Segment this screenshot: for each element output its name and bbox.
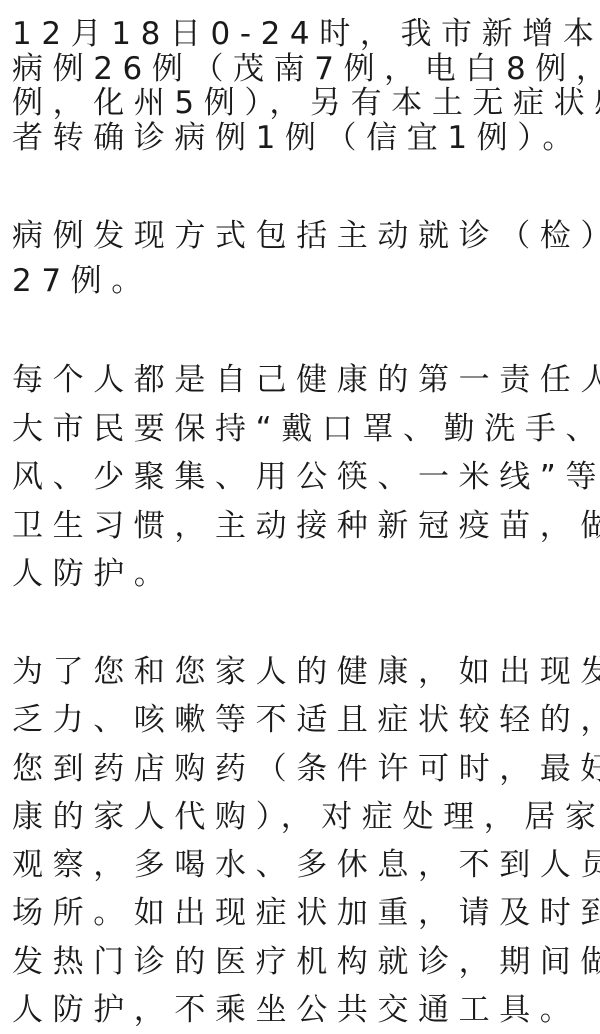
text-line: 每个人都是自己健康的第一责任人，广	[12, 356, 600, 405]
text-line: 27例。	[12, 259, 600, 304]
text-line: 例，化州5例），另有本土无症状感染	[12, 86, 600, 121]
paragraph-new-cases: 12月18日0-24时，我市新增本土确诊 病例26例（茂南7例，电白8例，信宜6…	[12, 17, 600, 155]
paragraph-health-advice: 为了您和您家人的健康，如出现发热、 乏力、咳嗽等不适且症状较轻的，建议 您到药店…	[12, 648, 600, 1034]
text-line: 者转确诊病例1例（信宜1例）。	[12, 121, 600, 156]
text-line: 病例26例（茂南7例，电白8例，信宜6	[12, 52, 600, 87]
text-line: 卫生习惯，主动接种新冠疫苗，做好个	[12, 502, 600, 551]
text-line: 发热门诊的医疗机构就诊，期间做好个	[12, 938, 600, 986]
text-line: 人防护，不乘坐公共交通工具。	[12, 986, 600, 1034]
paragraph-personal-responsibility: 每个人都是自己健康的第一责任人，广 大市民要保持“戴口罩、勤洗手、常通 风、少聚…	[12, 356, 600, 599]
text-line: 病例发现方式包括主动就诊（检）发现	[12, 214, 600, 259]
text-line: 场所。如出现症状加重，请及时到设有	[12, 889, 600, 937]
text-line: 大市民要保持“戴口罩、勤洗手、常通	[12, 405, 600, 454]
text-line: 风、少聚集、用公筷、一米线”等良好	[12, 453, 600, 502]
paragraph-detection-method: 病例发现方式包括主动就诊（检）发现 27例。	[12, 214, 600, 304]
text-line: 观察，多喝水、多休息，不到人员密集	[12, 841, 600, 889]
text-line: 为了您和您家人的健康，如出现发热、	[12, 648, 600, 696]
text-line: 乏力、咳嗽等不适且症状较轻的，建议	[12, 696, 600, 744]
text-line: 人防护。	[12, 550, 600, 599]
text-line: 康的家人代购），对症处理，居家健康	[12, 793, 600, 841]
text-line: 12月18日0-24时，我市新增本土确诊	[12, 17, 600, 52]
text-line: 您到药店购药（条件许可时，最好由健	[12, 745, 600, 793]
